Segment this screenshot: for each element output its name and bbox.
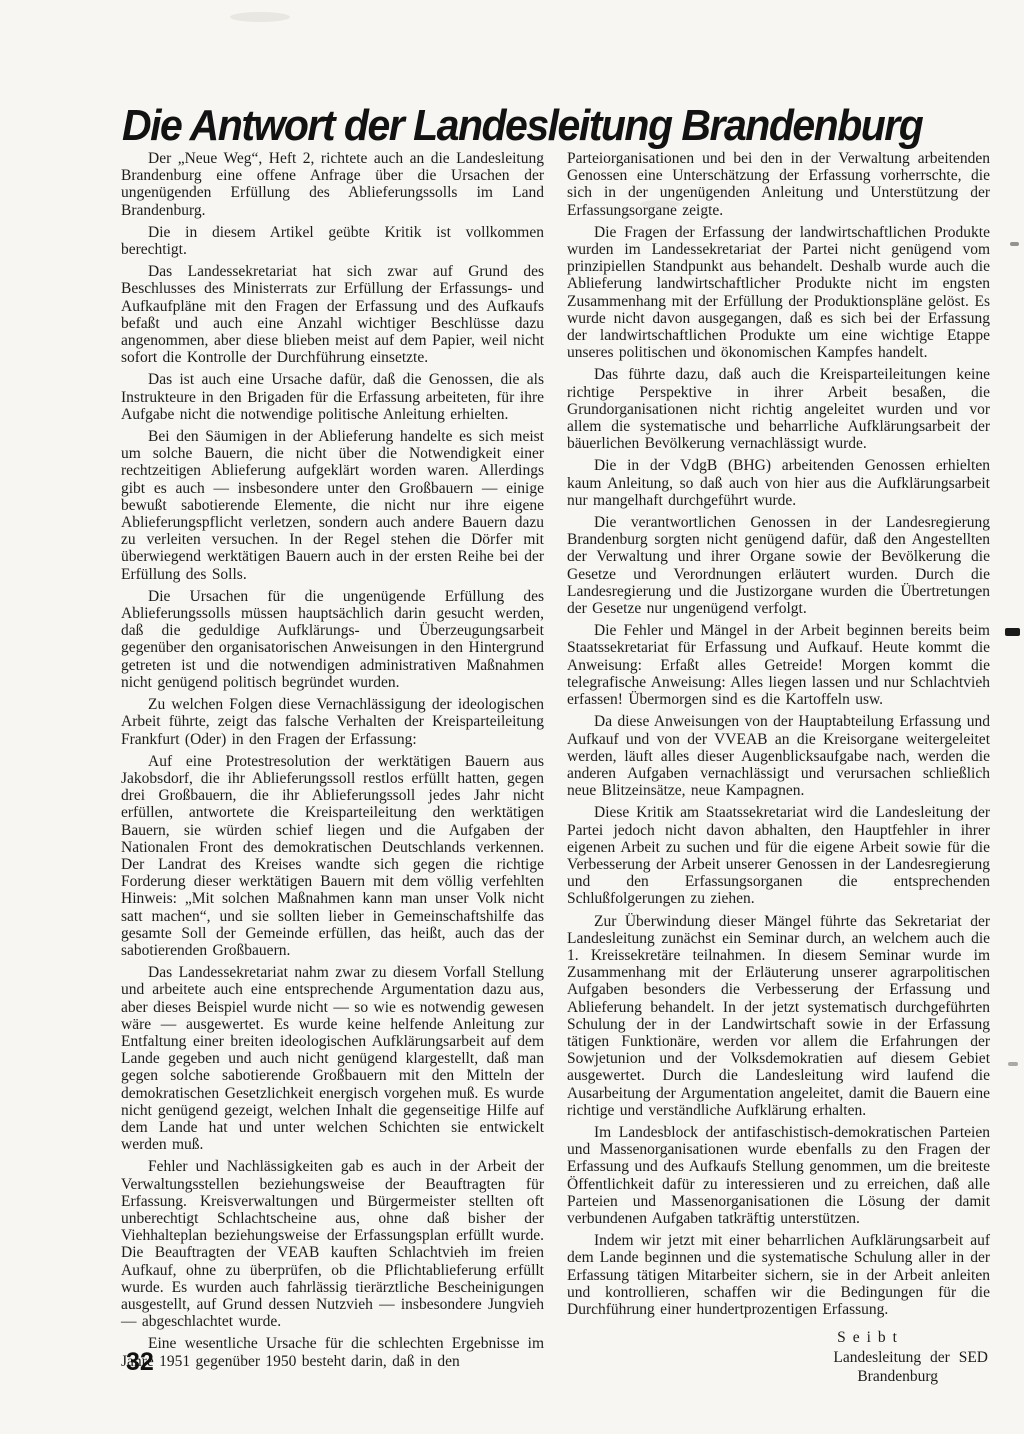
article-body: Der „Neue Weg“, Heft 2, richtete auch an…	[121, 150, 991, 1387]
paragraph: Zu welchen Folgen diese Vernachlässigung…	[121, 696, 544, 748]
signature-name: Seibt	[567, 1328, 990, 1348]
paragraph: Bei den Säumigen in der Ablieferung hand…	[121, 428, 544, 583]
page-title: Die Antwort der Landesleitung Brandenbur…	[122, 101, 1012, 151]
paragraph: Diese Kritik am Staatssekretariat wird d…	[567, 804, 990, 907]
paragraph: Im Landesblock der antifaschistisch-demo…	[567, 1124, 990, 1227]
paragraph: Die Fragen der Erfassung der landwirtsch…	[567, 224, 990, 362]
paragraph: Zur Überwindung dieser Mängel führte das…	[567, 913, 990, 1119]
paragraph: Das Landessekretariat hat sich zwar auf …	[121, 263, 544, 366]
column-left: Der „Neue Weg“, Heft 2, richtete auch an…	[121, 150, 544, 1387]
page-number: 32	[126, 1348, 154, 1377]
magazine-page: Die Antwort der Landesleitung Brandenbur…	[0, 0, 1024, 1434]
paragraph: Auf eine Protestresolution der werktätig…	[121, 753, 544, 959]
paragraph: Die in diesem Artikel geübte Kritik ist …	[121, 224, 544, 258]
paragraph: Fehler und Nachlässigkeiten gab es auch …	[121, 1158, 544, 1330]
paragraph: Die Fehler und Mängel in der Arbeit begi…	[567, 622, 990, 708]
paragraph: Da diese Anweisungen von der Hauptabteil…	[567, 713, 990, 799]
paragraph: Das führte dazu, daß auch die Kreisparte…	[567, 366, 990, 452]
paragraph: Der „Neue Weg“, Heft 2, richtete auch an…	[121, 150, 544, 219]
scan-artifact	[1010, 242, 1019, 246]
paragraph: Die in der VdgB (BHG) arbeitenden Genoss…	[567, 457, 990, 509]
paragraph: Die Ursachen für die ungenügende Erfüllu…	[121, 588, 544, 691]
scan-artifact	[1005, 628, 1020, 636]
paragraph: Eine wesentliche Ursache für die schlech…	[121, 1335, 544, 1369]
signature-place: Brandenburg	[567, 1367, 990, 1387]
scan-artifact	[1008, 1062, 1018, 1066]
paragraph: Das Landessekretariat nahm zwar zu diese…	[121, 964, 544, 1153]
signature-block: Seibt Landesleitung der SED Brandenburg	[567, 1328, 990, 1387]
signature-org: Landesleitung der SED	[567, 1348, 990, 1368]
paragraph: Die verantwortlichen Genossen in der Lan…	[567, 514, 990, 617]
column-right: Parteiorganisationen und bei den in der …	[567, 150, 990, 1387]
paragraph: Das ist auch eine Ursache dafür, daß die…	[121, 371, 544, 423]
paragraph: Parteiorganisationen und bei den in der …	[567, 150, 990, 219]
paragraph: Indem wir jetzt mit einer beharrlichen A…	[567, 1232, 990, 1318]
scan-smudge	[230, 12, 290, 22]
